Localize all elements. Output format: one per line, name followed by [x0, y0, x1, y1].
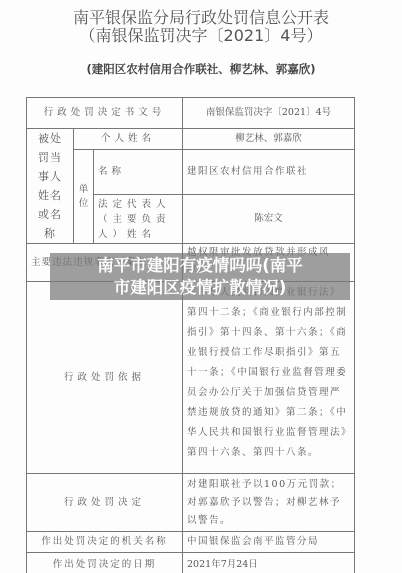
table-row-basis: 行政处罚依据 《中华人民共和国商业银行法》第四十二条；《商业银行内部控制指引》第… [27, 282, 355, 474]
unit-name-value: 建阳区农村信用合作联社 [183, 150, 355, 195]
headline-line-2: 市建阳区疫情扩散情况) [50, 277, 350, 299]
unit-name-label: 名称 [94, 150, 183, 195]
decision-label: 行政处罚决定 [27, 474, 183, 532]
doc-number-label: 行政处罚决定书文号 [27, 98, 183, 129]
parties-subtitle: (建阳区农村信用合作联社、柳艺林、郭嘉欣) [0, 61, 402, 77]
date-label: 作出处罚决定的日期 [27, 553, 183, 573]
table-row-unit-name: 单位 名称 建阳区农村信用合作联社 [27, 150, 355, 195]
individual-value: 柳艺林、郭嘉欣 [183, 129, 355, 150]
table-row-date: 作出处罚决定的日期 2021年7月24日 [27, 553, 355, 573]
table-row-doc-number: 行政处罚决定书文号 南银保监罚决字〔2021〕4号 [27, 98, 355, 129]
date-value: 2021年7月24日 [183, 553, 355, 573]
table-row-individual: 被处罚当事人姓名或名称 个人姓名 柳艺林、郭嘉欣 [27, 129, 355, 150]
unit-label: 单位 [74, 150, 94, 244]
authority-value: 中国银保监会南平监管分局 [183, 532, 355, 553]
individual-label: 个人姓名 [74, 129, 183, 150]
basis-label: 行政处罚依据 [27, 282, 183, 474]
legal-rep-label: 法定代表人（主要负责人）姓名 [94, 195, 183, 244]
legal-rep-value: 陈宏文 [183, 195, 355, 244]
decision-value: 对建阳联社予以100万元罚款；对郭嘉欣予以警告；对柳艺林予以警告。 [183, 474, 355, 532]
doc-number-value: 南银保监罚决字〔2021〕4号 [183, 98, 355, 129]
basis-value: 《中华人民共和国商业银行法》第四十二条；《商业银行内部控制指引》第十四条、第十六… [183, 282, 355, 474]
table-row-authority: 作出处罚决定的机关名称 中国银保监会南平监管分局 [27, 532, 355, 553]
party-label: 被处罚当事人姓名或名称 [27, 129, 74, 244]
table-row-decision: 行政处罚决定 对建阳联社予以100万元罚款；对郭嘉欣予以警告；对柳艺林予以警告。 [27, 474, 355, 532]
authority-label: 作出处罚决定的机关名称 [27, 532, 183, 553]
penalty-info-table: 行政处罚决定书文号 南银保监罚决字〔2021〕4号 被处罚当事人姓名或名称 个人… [26, 97, 355, 573]
headline-overlay-banner: 南平市建阳有疫情吗吗(南平 市建阳区疫情扩散情况) [50, 253, 350, 300]
document-number: （南银保监罚决字〔2021〕4号） [0, 23, 402, 46]
headline-line-1: 南平市建阳有疫情吗吗(南平 [50, 255, 350, 277]
